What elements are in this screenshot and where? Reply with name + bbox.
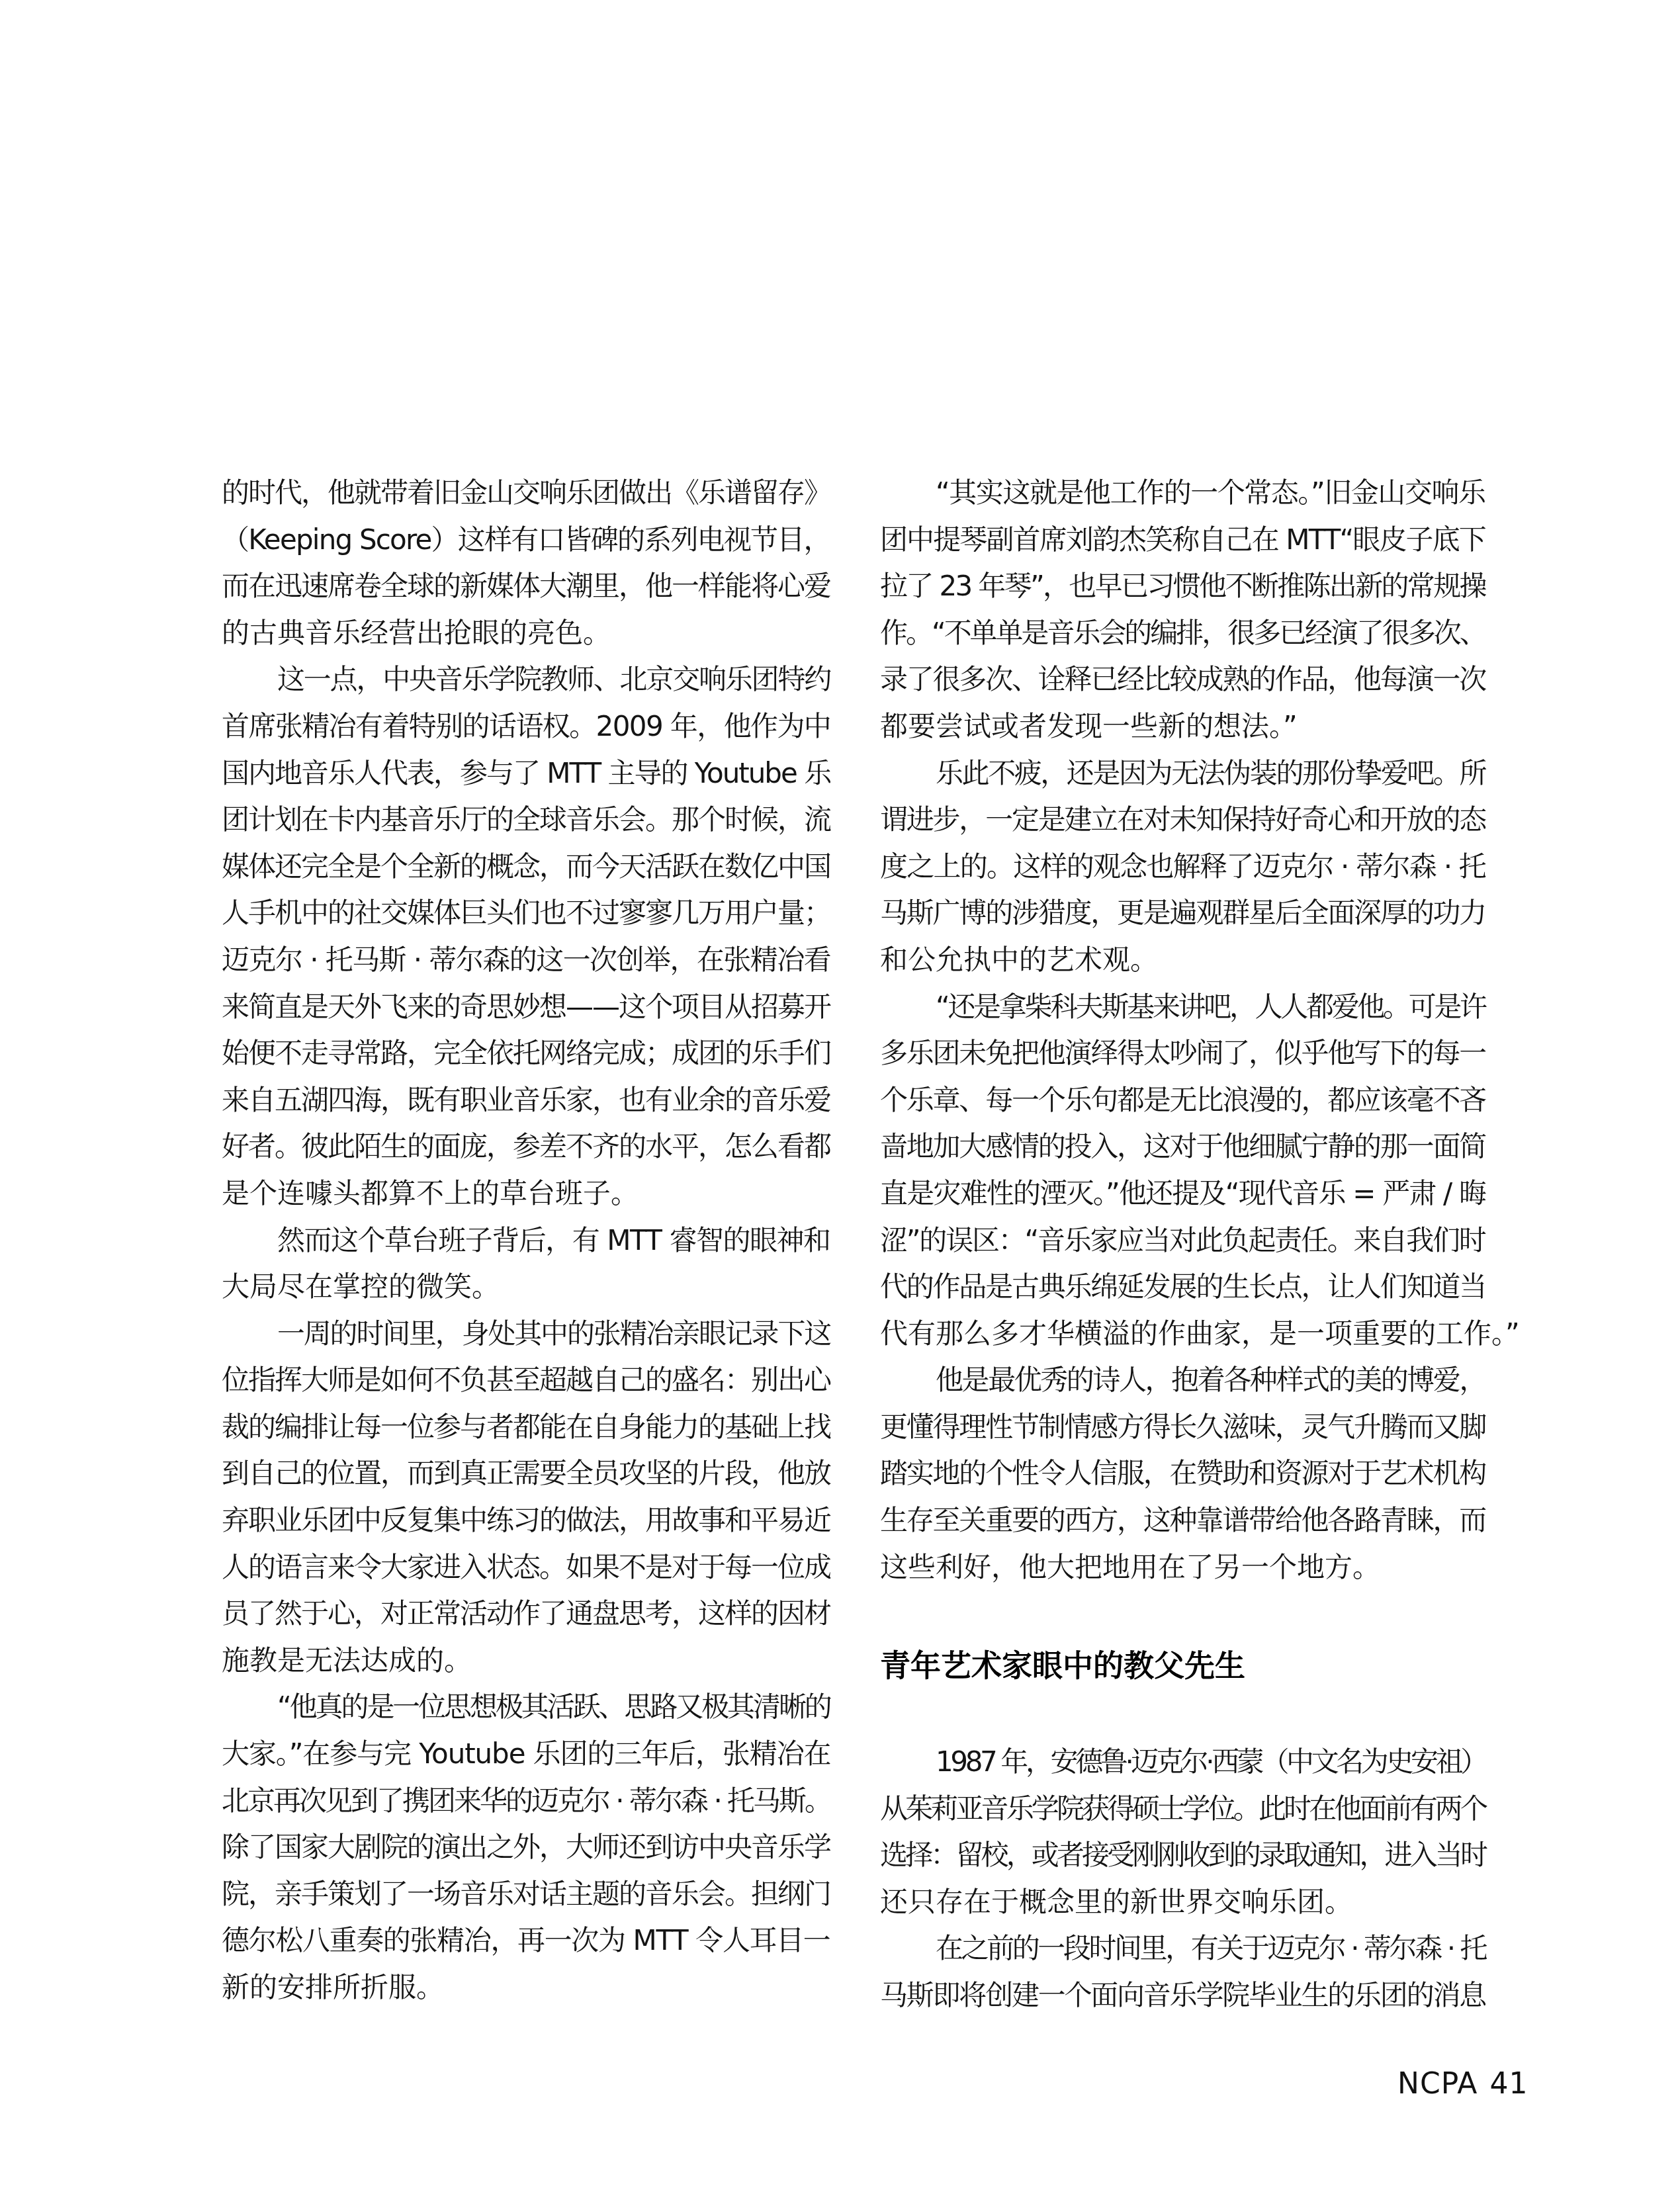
text-line: 拉了 23 年琴”，也早已习惯他不断推陈出新的常规操 bbox=[880, 563, 1485, 610]
text-line: 的时代，他就带着旧金山交响乐团做出《乐谱留存》 bbox=[222, 470, 830, 517]
page-footer: NCPA41 bbox=[1397, 2067, 1528, 2101]
right-text-column-top: “其实这就是他工作的一个常态。”旧金山交响乐团中提琴副首席刘韵杰笑称自己在 MT… bbox=[880, 470, 1485, 1591]
text-line: 人的语言来令大家进入状态。如果不是对于每一位成 bbox=[222, 1544, 830, 1591]
text-line: 德尔松八重奏的张精冶，再一次为 MTT 令人耳目一 bbox=[222, 1917, 830, 1964]
text-line: 始便不走寻常路，完全依托网络完成；成团的乐手们 bbox=[222, 1030, 830, 1077]
left-text-column: 的时代，他就带着旧金山交响乐团做出《乐谱留存》（Keeping Score）这样… bbox=[222, 470, 830, 2011]
section-heading: 青年艺术家眼中的教父先生 bbox=[880, 1642, 1245, 1688]
text-line: 都要尝试或者发现一些新的想法。” bbox=[880, 703, 1485, 750]
text-line: 录了很多次、诠释已经比较成熟的作品，他每演一次 bbox=[880, 656, 1485, 703]
text-line: 团计划在卡内基音乐厅的全球音乐会。那个时候，流 bbox=[222, 797, 830, 844]
text-line: 员了然于心，对正常活动作了通盘思考，这样的因材 bbox=[222, 1591, 830, 1638]
text-line: 然而这个草台班子背后，有 MTT 睿智的眼神和 bbox=[222, 1217, 830, 1264]
text-line: 是个连噱头都算不上的草台班子。 bbox=[222, 1170, 830, 1217]
text-line: 北京再次见到了携团来华的迈克尔 · 蒂尔森 · 托马斯。 bbox=[222, 1778, 830, 1825]
text-line: 人手机中的社交媒体巨头们也不过寥寥几万用户量； bbox=[222, 890, 830, 937]
text-line: 首席张精冶有着特别的话语权。2009 年，他作为中 bbox=[222, 703, 830, 750]
text-line: 还只存在于概念里的新世界交响乐团。 bbox=[880, 1879, 1485, 1926]
text-line: 一周的时间里，身处其中的张精冶亲眼记录下这 bbox=[222, 1311, 830, 1358]
right-text-column-bottom: 1987 年，安德鲁·迈克尔·西蒙（中文名为史安祖）从茱莉亚音乐学院获得硕士学位… bbox=[880, 1739, 1485, 2019]
text-line: 大局尽在掌控的微笑。 bbox=[222, 1264, 830, 1311]
text-line: 媒体还完全是个全新的概念，而今天活跃在数亿中国 bbox=[222, 844, 830, 891]
text-line: 马斯广博的涉猎度，更是遍观群星后全面深厚的功力 bbox=[880, 890, 1485, 937]
text-line: 院，亲手策划了一场音乐对话主题的音乐会。担纲门 bbox=[222, 1871, 830, 1918]
text-line: 啬地加大感情的投入，这对于他细腻宁静的那一面简 bbox=[880, 1123, 1485, 1170]
text-line: 新的安排所折服。 bbox=[222, 1964, 830, 2011]
text-line: （Keeping Score）这样有口皆碑的系列电视节目， bbox=[222, 517, 830, 564]
text-line: 从茱莉亚音乐学院获得硕士学位。此时在他面前有两个 bbox=[880, 1786, 1485, 1833]
text-line: 这一点，中央音乐学院教师、北京交响乐团特约 bbox=[222, 656, 830, 703]
text-line: 代有那么多才华横溢的作曲家，是一项重要的工作。” bbox=[880, 1311, 1485, 1358]
text-line: 这些利好，他大把地用在了另一个地方。 bbox=[880, 1544, 1485, 1591]
text-line: 代的作品是古典乐绵延发展的生长点，让人们知道当 bbox=[880, 1264, 1485, 1311]
text-line: 更懂得理性节制情感方得长久滋味，灵气升腾而又脚 bbox=[880, 1404, 1485, 1451]
text-line: 迈克尔 · 托马斯 · 蒂尔森的这一次创举，在张精冶看 bbox=[222, 937, 830, 984]
text-line: 好者。彼此陌生的面庞，参差不齐的水平，怎么看都 bbox=[222, 1123, 830, 1170]
text-line: “还是拿柴科夫斯基来讲吧，人人都爱他。可是许 bbox=[880, 984, 1485, 1031]
text-line: 弃职业乐团中反复集中练习的做法，用故事和平易近 bbox=[222, 1497, 830, 1544]
text-line: 而在迅速席卷全球的新媒体大潮里，他一样能将心爱 bbox=[222, 563, 830, 610]
text-line: 马斯即将创建一个面向音乐学院毕业生的乐团的消息 bbox=[880, 1972, 1485, 2019]
text-line: 涩”的误区：“音乐家应当对此负起责任。来自我们时 bbox=[880, 1217, 1485, 1264]
text-line: 踏实地的个性令人信服，在赞助和资源对于艺术机构 bbox=[880, 1450, 1485, 1497]
text-line: 生存至关重要的西方，这种靠谱带给他各路青睐，而 bbox=[880, 1497, 1485, 1544]
text-line: 他是最优秀的诗人，抱着各种样式的美的博爱， bbox=[880, 1357, 1485, 1404]
text-line: 个乐章、每一个乐句都是无比浪漫的，都应该毫不吝 bbox=[880, 1077, 1485, 1124]
text-line: “他真的是一位思想极其活跃、思路又极其清晰的 bbox=[222, 1684, 830, 1731]
text-line: 国内地音乐人代表，参与了 MTT 主导的 Youtube 乐 bbox=[222, 750, 830, 797]
text-line: 直是灾难性的湮灭。”他还提及“现代音乐 = 严肃 / 晦 bbox=[880, 1170, 1485, 1217]
text-line: 乐此不疲，还是因为无法伪装的那份挚爱吧。所 bbox=[880, 750, 1485, 797]
text-line: 作。“不单单是音乐会的编排，很多已经演了很多次、 bbox=[880, 610, 1485, 657]
text-line: 选择：留校，或者接受刚刚收到的录取通知，进入当时 bbox=[880, 1832, 1485, 1879]
page-number: 41 bbox=[1489, 2067, 1528, 2101]
text-line: “其实这就是他工作的一个常态。”旧金山交响乐 bbox=[880, 470, 1485, 517]
text-line: 大家。”在参与完 Youtube 乐团的三年后，张精冶在 bbox=[222, 1731, 830, 1778]
text-line: 多乐团未免把他演绎得太吵闹了，似乎他写下的每一 bbox=[880, 1030, 1485, 1077]
text-line: 谓进步，一定是建立在对未知保持好奇心和开放的态 bbox=[880, 797, 1485, 844]
text-line: 度之上的。这样的观念也解释了迈克尔 · 蒂尔森 · 托 bbox=[880, 844, 1485, 891]
text-line: 团中提琴副首席刘韵杰笑称自己在 MTT“眼皮子底下 bbox=[880, 517, 1485, 564]
text-line: 裁的编排让每一位参与者都能在自身能力的基础上找 bbox=[222, 1404, 830, 1451]
text-line: 在之前的一段时间里，有关于迈克尔 · 蒂尔森 · 托 bbox=[880, 1925, 1485, 1972]
text-line: 的古典音乐经营出抢眼的亮色。 bbox=[222, 610, 830, 657]
text-line: 1987 年，安德鲁·迈克尔·西蒙（中文名为史安祖） bbox=[880, 1739, 1485, 1786]
journal-name: NCPA bbox=[1397, 2067, 1478, 2101]
text-line: 来自五湖四海，既有职业音乐家，也有业余的音乐爱 bbox=[222, 1077, 830, 1124]
text-line: 施教是无法达成的。 bbox=[222, 1638, 830, 1685]
text-line: 来简直是天外飞来的奇思妙想——这个项目从招募开 bbox=[222, 984, 830, 1031]
text-line: 到自己的位置，而到真正需要全员攻坚的片段，他放 bbox=[222, 1450, 830, 1497]
text-line: 位指挥大师是如何不负甚至超越自己的盛名：别出心 bbox=[222, 1357, 830, 1404]
text-line: 和公允执中的艺术观。 bbox=[880, 937, 1485, 984]
text-line: 除了国家大剧院的演出之外，大师还到访中央音乐学 bbox=[222, 1824, 830, 1871]
